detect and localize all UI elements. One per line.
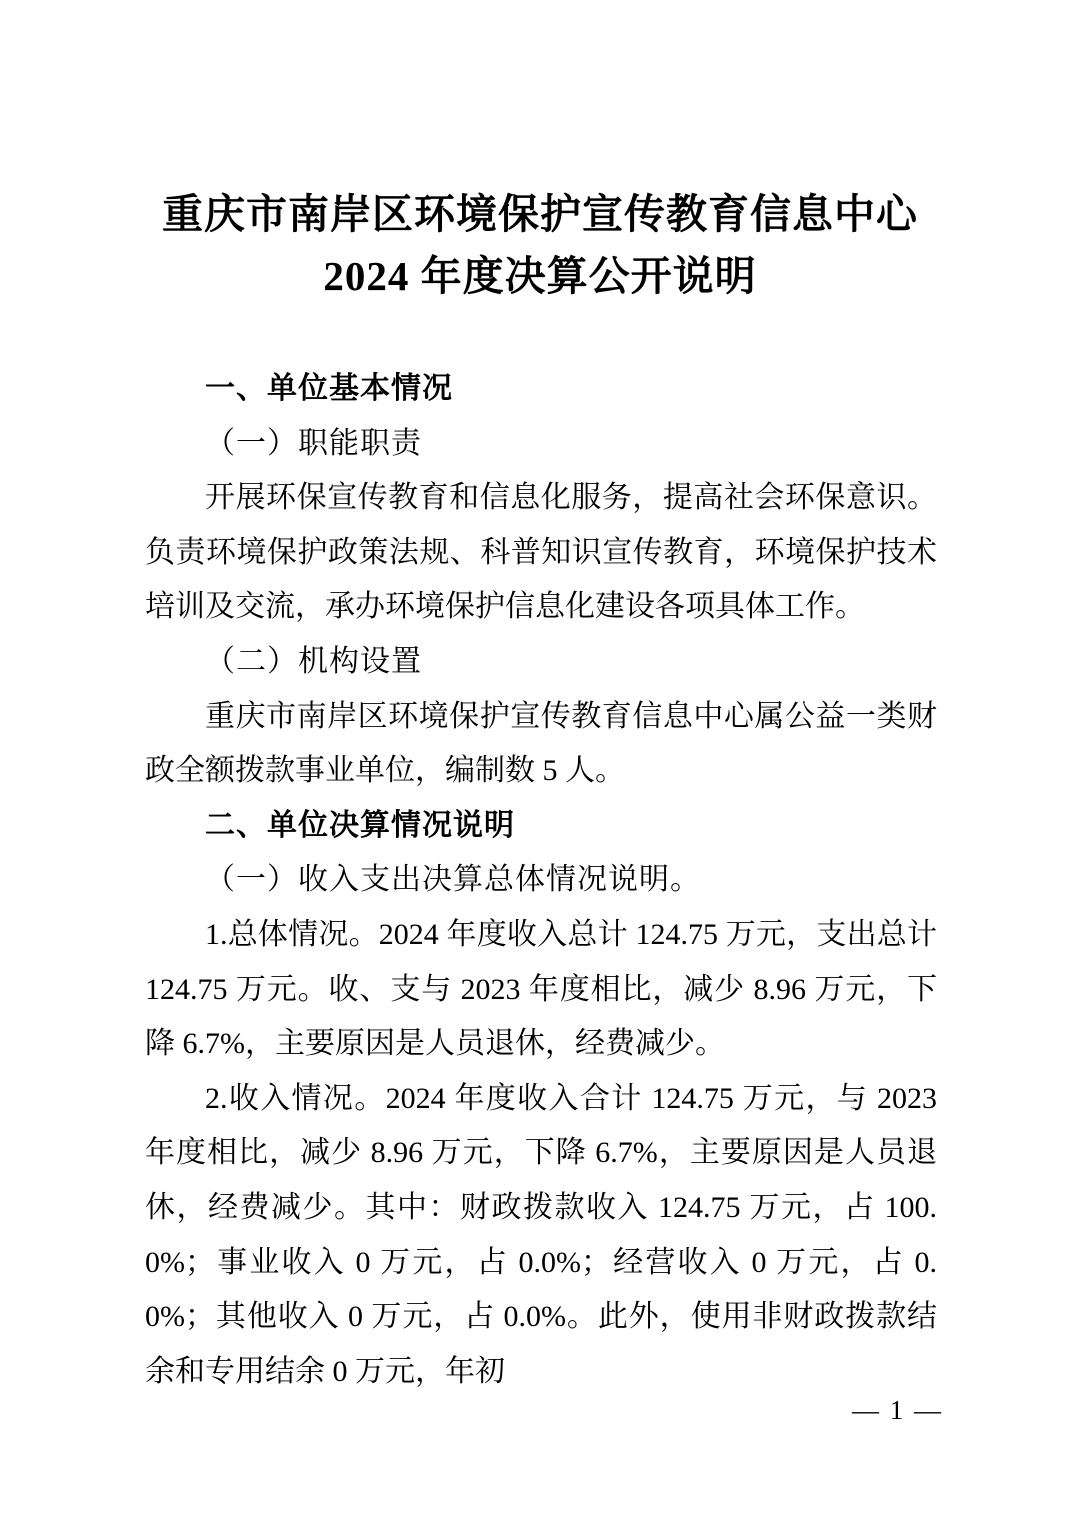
section-heading-1: 一、单位基本情况 bbox=[145, 362, 937, 417]
document-page: 重庆市南岸区环境保护宣传教育信息中心 2024 年度决算公开说明 一、单位基本情… bbox=[0, 0, 1075, 1520]
subsection-heading-2-1: （一）收入支出决算总体情况说明。 bbox=[145, 853, 937, 908]
document-title-line1: 重庆市南岸区环境保护宣传教育信息中心 bbox=[142, 183, 938, 245]
paragraph-overall: 1.总体情况。2024 年度收入总计 124.75 万元，支出总计 124.75… bbox=[145, 908, 937, 1072]
document-title-line2: 2024 年度决算公开说明 bbox=[142, 245, 938, 307]
paragraph-organization: 重庆市南岸区环境保护宣传教育信息中心属公益一类财政全额拨款事业单位，编制数 5 … bbox=[145, 690, 937, 799]
paragraph-duties: 开展环保宣传教育和信息化服务，提高社会环保意识。负责环境保护政策法规、科普知识宣… bbox=[145, 471, 937, 635]
paragraph-income: 2.收入情况。2024 年度收入合计 124.75 万元，与 2023 年度相比… bbox=[145, 1072, 937, 1400]
document-title: 重庆市南岸区环境保护宣传教育信息中心 2024 年度决算公开说明 bbox=[142, 183, 938, 307]
page-number: — 1 — bbox=[852, 1392, 943, 1428]
document-body: 一、单位基本情况 （一）职能职责 开展环保宣传教育和信息化服务，提高社会环保意识… bbox=[145, 362, 937, 1399]
subsection-heading-1-2: （二）机构设置 bbox=[145, 635, 937, 690]
section-heading-2: 二、单位决算情况说明 bbox=[145, 799, 937, 854]
subsection-heading-1-1: （一）职能职责 bbox=[145, 417, 937, 472]
